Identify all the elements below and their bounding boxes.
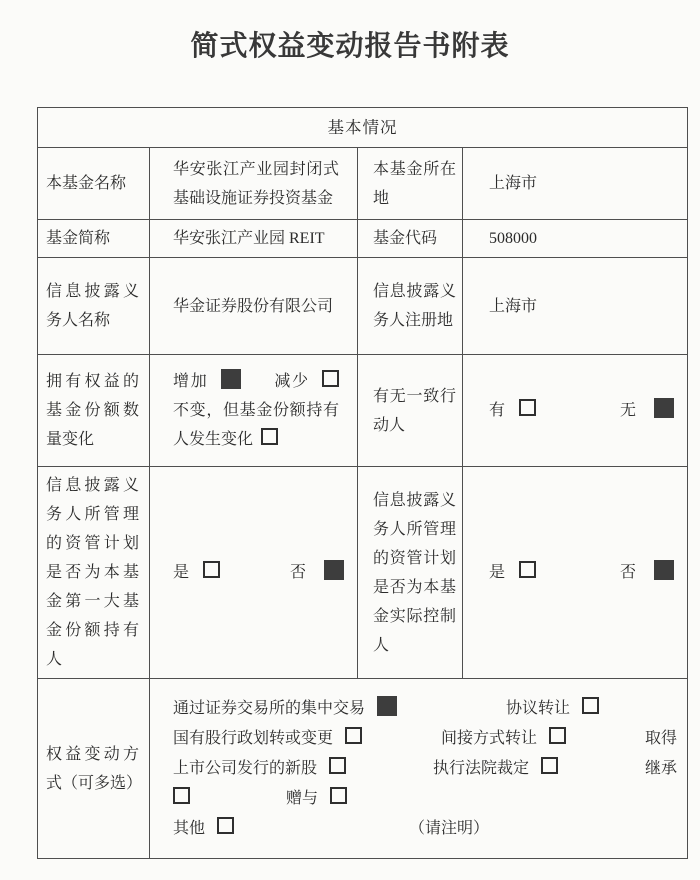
- checkbox-no-change: [261, 428, 278, 445]
- checkbox-actual-controller-no: [654, 560, 674, 580]
- discloser-row: 信息披露义务人名称 华金证券股份有限公司 信息披露义务人注册地 上海市: [38, 258, 688, 355]
- fund-name-label: 本基金名称: [38, 148, 150, 220]
- discloser-name-value: 华金证券股份有限公司: [150, 258, 358, 355]
- option-yes-label: 是: [173, 564, 189, 581]
- fund-short-name-label: 基金简称: [38, 220, 150, 258]
- option-no-label: 否: [620, 564, 636, 581]
- checkbox-agreement-transfer: [582, 697, 599, 714]
- fund-location-value: 上海市: [463, 148, 688, 220]
- share-change-options: 增加减少不变，但基金份额持有人发生变化: [150, 355, 358, 467]
- checkbox-new-share-acquisition: [329, 757, 346, 774]
- method-new-share-acquisition: 上市公司发行的新股: [173, 754, 346, 783]
- fund-short-name-value: 华安张江产业园 REIT: [150, 220, 358, 258]
- checkbox-increase: [221, 369, 241, 389]
- checkbox-decrease: [322, 370, 339, 387]
- fund-code-label: 基金代码: [358, 220, 463, 258]
- checkbox-court-ruling: [541, 757, 558, 774]
- method-court-ruling: 执行法院裁定: [433, 754, 558, 783]
- checkbox-state-admin-transfer: [345, 727, 362, 744]
- method-new-share-acquisition-label: 上市公司发行的新股: [173, 760, 317, 777]
- checkbox-largest-holder-no: [324, 560, 344, 580]
- method-gift: 赠与: [286, 784, 347, 813]
- table-section-header-row: 基本情况: [38, 108, 688, 148]
- method-agreement-transfer: 协议转让: [506, 694, 599, 723]
- checkbox-largest-holder-yes: [203, 561, 220, 578]
- method-line-3: 上市公司发行的新股 执行法院裁定 继承: [173, 754, 677, 784]
- method-other: 其他: [173, 814, 234, 843]
- option-increase-label: 增加: [173, 373, 209, 390]
- method-court-ruling-label: 执行法院裁定: [433, 760, 529, 777]
- method-line-4: 赠与: [173, 784, 677, 814]
- method-state-admin-transfer: 国有股行政划转或变更: [173, 724, 362, 753]
- share-change-row: 拥有权益的基金份额数量变化 增加减少不变，但基金份额持有人发生变化 有无一致行动…: [38, 355, 688, 467]
- method-state-admin-transfer-label: 国有股行政划转或变更: [173, 730, 333, 747]
- checkbox-centralized-trading: [377, 696, 397, 716]
- method-line-2: 国有股行政划转或变更 间接方式转让 取得: [173, 724, 677, 754]
- method-centralized-trading: 通过证券交易所的集中交易: [173, 694, 397, 723]
- checkbox-indirect-transfer: [549, 727, 566, 744]
- method-inheritance-box: [173, 784, 190, 813]
- method-indirect-transfer-label: 间接方式转让: [441, 730, 537, 747]
- document-page: 简式权益变动报告书附表 基本情况 本基金名称 华安张江产业园封闭式基础设施证券投…: [0, 0, 700, 880]
- basic-info-table: 基本情况 本基金名称 华安张江产业园封闭式基础设施证券投资基金 本基金所在地 上…: [37, 107, 688, 859]
- actual-controller-options: 是否: [463, 467, 688, 679]
- method-note-hint: （请注明）: [409, 814, 489, 843]
- fund-name-row: 本基金名称 华安张江产业园封闭式基础设施证券投资基金 本基金所在地 上海市: [38, 148, 688, 220]
- method-line-1: 通过证券交易所的集中交易 协议转让: [173, 694, 677, 724]
- share-change-label: 拥有权益的基金份额数量变化: [38, 355, 150, 467]
- fund-location-label: 本基金所在地: [358, 148, 463, 220]
- checkbox-other: [217, 817, 234, 834]
- option-has-label: 有: [489, 402, 505, 419]
- document-title: 简式权益变动报告书附表: [0, 24, 700, 64]
- option-yes-label: 是: [489, 564, 505, 581]
- option-decrease-label: 减少: [273, 373, 310, 390]
- fund-short-name-row: 基金简称 华安张江产业园 REIT 基金代码 508000: [38, 220, 688, 258]
- method-centralized-trading-label: 通过证券交易所的集中交易: [173, 700, 365, 717]
- method-new-share-prefix: 取得: [645, 724, 677, 753]
- method-gift-label: 赠与: [286, 790, 318, 807]
- concert-party-options: 有无: [463, 355, 688, 467]
- method-indirect-transfer: 间接方式转让: [441, 724, 566, 753]
- discloser-domicile-value: 上海市: [463, 258, 688, 355]
- method-inheritance-label: 继承: [645, 754, 677, 783]
- checkbox-inheritance: [173, 787, 190, 804]
- change-method-options: 通过证券交易所的集中交易 协议转让 国有股行政划转或变更 间接方式转让 取得 上…: [150, 679, 688, 859]
- checkbox-no-concert-party: [654, 398, 674, 418]
- checkbox-actual-controller-yes: [519, 561, 536, 578]
- section-header: 基本情况: [38, 108, 688, 148]
- option-no-label: 否: [290, 564, 306, 581]
- change-method-label: 权益变动方式（可多选）: [38, 679, 150, 859]
- discloser-name-label: 信息披露义务人名称: [38, 258, 150, 355]
- option-no-change-label: 不变，但基金份额持有人发生变化: [173, 402, 339, 448]
- method-agreement-transfer-label: 协议转让: [506, 700, 570, 717]
- method-other-label: 其他: [173, 820, 205, 837]
- asset-plan-row: 信息披露义务人所管理的资管计划是否为本基金第一大基金份额持有人 是否 信息披露义…: [38, 467, 688, 679]
- fund-code-value: 508000: [463, 220, 688, 258]
- fund-name-value: 华安张江产业园封闭式基础设施证券投资基金: [150, 148, 358, 220]
- discloser-domicile-label: 信息披露义务人注册地: [358, 258, 463, 355]
- largest-holder-question-label: 信息披露义务人所管理的资管计划是否为本基金第一大基金份额持有人: [38, 467, 150, 679]
- method-line-5: 其他 （请注明）: [173, 814, 677, 844]
- actual-controller-question-label: 信息披露义务人所管理的资管计划是否为本基金实际控制人: [358, 467, 463, 679]
- change-method-row: 权益变动方式（可多选） 通过证券交易所的集中交易 协议转让 国有股行政划转或变更…: [38, 679, 688, 859]
- checkbox-has-concert-party: [519, 399, 536, 416]
- option-none-label: 无: [620, 402, 636, 419]
- concert-party-label: 有无一致行动人: [358, 355, 463, 467]
- largest-holder-options: 是否: [150, 467, 358, 679]
- checkbox-gift: [330, 787, 347, 804]
